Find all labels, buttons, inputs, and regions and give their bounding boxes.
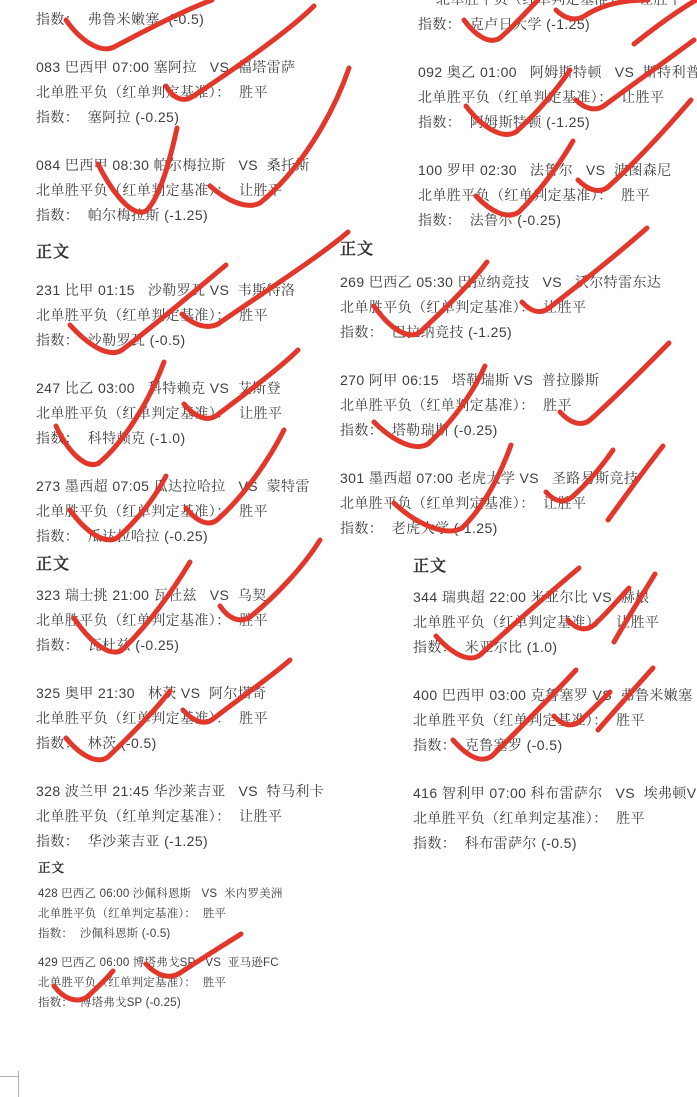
match-block: 100 罗甲 02:30 法鲁尔 VS 波图森尼北单胜平负（红单判定基准）： 胜… xyxy=(418,158,697,233)
section-left-0: 指数： 弗鲁米嫩塞 (-0.5)083 巴西甲 07:00 塞阿拉 VS 福塔雷… xyxy=(36,7,310,228)
index-line: 指数： 克鲁塞罗 (-0.5) xyxy=(413,733,697,758)
match-block: 273 墨西超 07:05 瓜达拉哈拉 VS 蒙特雷北单胜平负（红单判定基准）：… xyxy=(36,474,310,549)
bet-type-line: 北单胜平负（红单判定基准）： 胜平 xyxy=(36,303,310,328)
index-line: 指数： 科特赖克 (-1.0) xyxy=(36,426,310,451)
table-corner-fragment-horizontal xyxy=(0,1076,19,1077)
index-line: 指数： 克卢日大学 (-1.25) xyxy=(418,12,697,37)
index-line: 指数： 瓦杜兹 (-0.25) xyxy=(36,633,324,658)
index-line: 指数： 塔勒瑞斯 (-0.25) xyxy=(340,418,661,443)
section-heading: 正文 xyxy=(340,237,661,263)
bet-type-line: 北单胜平负（红单判定基准）： 胜平 xyxy=(418,183,697,208)
index-line: 指数： 弗鲁米嫩塞 (-0.5) xyxy=(36,7,310,32)
match-block: 269 巴西乙 05:30 巴拉纳竞技 VS 沃尔特雷东达北单胜平负（红单判定基… xyxy=(340,270,661,345)
index-line: 指数： 华沙莱吉亚 (-1.25) xyxy=(36,829,324,854)
bet-type-line: 北单胜平负（红单判定基准）： 让胜平 xyxy=(340,295,661,320)
match-block: 084 巴西甲 08:30 帕尔梅拉斯 VS 桑托斯北单胜平负（红单判定基准）：… xyxy=(36,153,310,228)
match-title: 323 瑞士挑 21:00 瓦杜兹 VS 乌契 xyxy=(36,583,324,608)
match-title: 231 比甲 01:15 沙勒罗瓦 VS 韦斯特洛 xyxy=(36,278,310,303)
bet-type-line: 北单胜平负（红单判定基准）： 胜平 xyxy=(38,904,283,924)
index-line: 指数： 米亚尔比 (1.0) xyxy=(413,635,697,660)
bet-type-line: 北单胜平负（红单判定基准）： 胜平 xyxy=(413,806,697,831)
bet-type-line: 北单胜平负（红单判定基准）： 胜平 xyxy=(413,708,697,733)
match-block: 400 巴西甲 03:00 克鲁塞罗 VS 弗鲁米嫩塞北单胜平负（红单判定基准）… xyxy=(413,683,697,758)
match-block: 231 比甲 01:15 沙勒罗瓦 VS 韦斯特洛北单胜平负（红单判定基准）： … xyxy=(36,278,310,353)
index-line: 指数： 老虎大学 (-1.25) xyxy=(340,516,661,541)
index-line: 指数： 法鲁尔 (-0.25) xyxy=(418,208,697,233)
match-title: 269 巴西乙 05:30 巴拉纳竞技 VS 沃尔特雷东达 xyxy=(340,270,661,295)
match-block: 247 比乙 03:00 科特赖克 VS 艾斯登北单胜平负（红单判定基准）： 让… xyxy=(36,376,310,451)
match-title: 092 奥乙 01:00 阿姆斯特顿 VS 斯特利普宁 xyxy=(418,60,697,85)
match-block: 指数： 弗鲁米嫩塞 (-0.5) xyxy=(36,7,310,32)
section-left-1: 正文231 比甲 01:15 沙勒罗瓦 VS 韦斯特洛北单胜平负（红单判定基准）… xyxy=(36,240,310,549)
match-block: 429 巴西乙 06:00 博塔弗戈SP VS 亚马逊FC北单胜平负（红单判定基… xyxy=(38,953,283,1013)
bet-type-line: 北单胜平负（红单判定基准）： 让胜平 xyxy=(418,0,697,12)
bet-type-line: 北单胜平负（红单判定基准）： 胜平 xyxy=(38,973,283,993)
index-line: 指数： 帕尔梅拉斯 (-1.25) xyxy=(36,203,310,228)
match-title: 084 巴西甲 08:30 帕尔梅拉斯 VS 桑托斯 xyxy=(36,153,310,178)
match-block: 092 奥乙 01:00 阿姆斯特顿 VS 斯特利普宁北单胜平负（红单判定基准）… xyxy=(418,60,697,135)
match-block: 270 阿甲 06:15 塔勒瑞斯 VS 普拉滕斯北单胜平负（红单判定基准）： … xyxy=(340,368,661,443)
match-block: 北单胜平负（红单判定基准）： 让胜平指数： 克卢日大学 (-1.25) xyxy=(418,0,697,37)
match-title: 328 波兰甲 21:45 华沙莱吉亚 VS 特马利卡 xyxy=(36,779,324,804)
bet-type-line: 北单胜平负（红单判定基准）： 胜平 xyxy=(36,706,324,731)
match-title: 100 罗甲 02:30 法鲁尔 VS 波图森尼 xyxy=(418,158,697,183)
match-block: 344 瑞典超 22:00 米亚尔比 VS 赫根北单胜平负（红单判定基准）： 让… xyxy=(413,585,697,660)
section-heading: 正文 xyxy=(36,240,310,266)
match-block: 328 波兰甲 21:45 华沙莱吉亚 VS 特马利卡北单胜平负（红单判定基准）… xyxy=(36,779,324,854)
section-right-0: 北单胜平负（红单判定基准）： 让胜平指数： 克卢日大学 (-1.25)092 奥… xyxy=(418,0,697,233)
section-left-2: 正文323 瑞士挑 21:00 瓦杜兹 VS 乌契北单胜平负（红单判定基准）： … xyxy=(36,552,324,854)
index-line: 指数： 博塔弗戈SP (-0.25) xyxy=(38,993,283,1013)
match-title: 344 瑞典超 22:00 米亚尔比 VS 赫根 xyxy=(413,585,697,610)
bet-type-line: 北单胜平负（红单判定基准）： 让胜平 xyxy=(36,804,324,829)
match-title: 400 巴西甲 03:00 克鲁塞罗 VS 弗鲁米嫩塞 xyxy=(413,683,697,708)
match-title: 083 巴西甲 07:00 塞阿拉 VS 福塔雷萨 xyxy=(36,55,310,80)
index-line: 指数： 沙勒罗瓦 (-0.5) xyxy=(36,328,310,353)
match-block: 301 墨西超 07:00 老虎大学 VS 圣路易斯竞技北单胜平负（红单判定基准… xyxy=(340,466,661,541)
match-title: 416 智利甲 07:00 科布雷萨尔 VS 埃弗顿VM xyxy=(413,781,697,806)
bet-type-line: 北单胜平负（红单判定基准）： 让胜平 xyxy=(340,491,661,516)
index-line: 指数： 巴拉纳竞技 (-1.25) xyxy=(340,320,661,345)
section-right-2: 正文344 瑞典超 22:00 米亚尔比 VS 赫根北单胜平负（红单判定基准）：… xyxy=(413,554,697,856)
match-title: 428 巴西乙 06:00 沙佩科恩斯 VS 米内罗美洲 xyxy=(38,884,283,904)
match-block: 323 瑞士挑 21:00 瓦杜兹 VS 乌契北单胜平负（红单判定基准）： 胜平… xyxy=(36,583,324,658)
match-title: 270 阿甲 06:15 塔勒瑞斯 VS 普拉滕斯 xyxy=(340,368,661,393)
index-line: 指数： 沙佩科恩斯 (-0.5) xyxy=(38,924,283,944)
section-right-1: 正文269 巴西乙 05:30 巴拉纳竞技 VS 沃尔特雷东达北单胜平负（红单判… xyxy=(340,237,661,541)
section-heading: 正文 xyxy=(36,552,324,578)
section-heading: 正文 xyxy=(38,858,283,878)
section-heading: 正文 xyxy=(413,554,697,580)
match-title: 429 巴西乙 06:00 博塔弗戈SP VS 亚马逊FC xyxy=(38,953,283,973)
match-title: 301 墨西超 07:00 老虎大学 VS 圣路易斯竞技 xyxy=(340,466,661,491)
index-line: 指数： 林茨 (-0.5) xyxy=(36,731,324,756)
bet-type-line: 北单胜平负（红单判定基准）： 让胜平 xyxy=(36,178,310,203)
index-line: 指数： 瓜达拉哈拉 (-0.25) xyxy=(36,524,310,549)
match-title: 247 比乙 03:00 科特赖克 VS 艾斯登 xyxy=(36,376,310,401)
match-block: 428 巴西乙 06:00 沙佩科恩斯 VS 米内罗美洲北单胜平负（红单判定基准… xyxy=(38,884,283,944)
match-title: 325 奥甲 21:30 林茨 VS 阿尔塔奇 xyxy=(36,681,324,706)
match-title: 273 墨西超 07:05 瓜达拉哈拉 VS 蒙特雷 xyxy=(36,474,310,499)
section-left-3: 正文428 巴西乙 06:00 沙佩科恩斯 VS 米内罗美洲北单胜平负（红单判定… xyxy=(38,858,283,1022)
index-line: 指数： 塞阿拉 (-0.25) xyxy=(36,105,310,130)
index-line: 指数： 科布雷萨尔 (-0.5) xyxy=(413,831,697,856)
bet-type-line: 北单胜平负（红单判定基准）： 胜平 xyxy=(36,499,310,524)
bet-type-line: 北单胜平负（红单判定基准）： 胜平 xyxy=(340,393,661,418)
bet-type-line: 北单胜平负（红单判定基准）： 让胜平 xyxy=(413,610,697,635)
bet-type-line: 北单胜平负（红单判定基准）： 胜平 xyxy=(36,608,324,633)
index-line: 指数： 阿姆斯特顿 (-1.25) xyxy=(418,110,697,135)
table-corner-fragment-vertical xyxy=(18,1071,19,1097)
match-block: 325 奥甲 21:30 林茨 VS 阿尔塔奇北单胜平负（红单判定基准）： 胜平… xyxy=(36,681,324,756)
bet-type-line: 北单胜平负（红单判定基准）： 让胜平 xyxy=(418,85,697,110)
match-block: 416 智利甲 07:00 科布雷萨尔 VS 埃弗顿VM北单胜平负（红单判定基准… xyxy=(413,781,697,856)
match-block: 083 巴西甲 07:00 塞阿拉 VS 福塔雷萨北单胜平负（红单判定基准）： … xyxy=(36,55,310,130)
bet-type-line: 北单胜平负（红单判定基准）： 让胜平 xyxy=(36,401,310,426)
bet-type-line: 北单胜平负（红单判定基准）： 胜平 xyxy=(36,80,310,105)
